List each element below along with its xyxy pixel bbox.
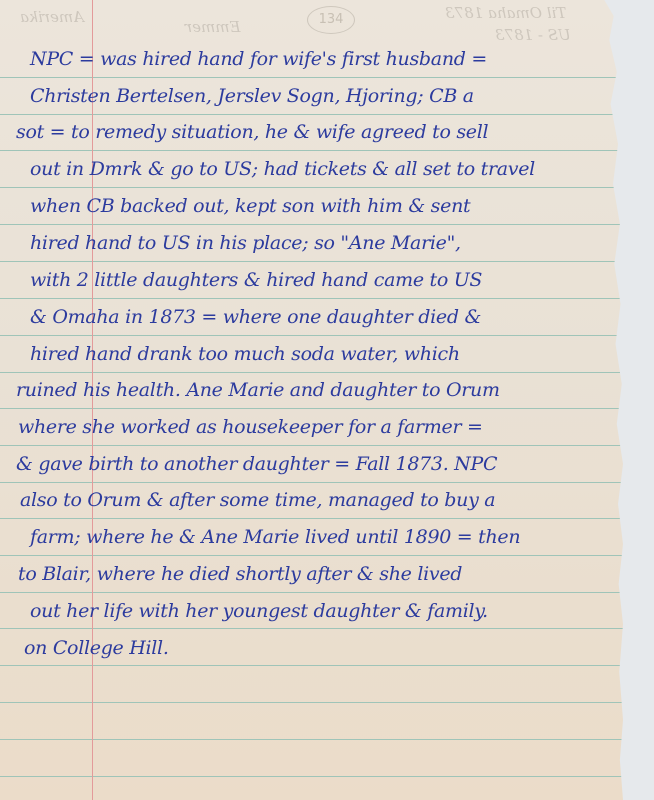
rule-line	[0, 298, 623, 299]
handwritten-line: NPC = was hired hand for wife's first hu…	[30, 48, 487, 70]
handwritten-line: hired hand drank too much soda water, wh…	[30, 343, 460, 365]
rule-line	[0, 518, 623, 519]
rule-line	[0, 224, 623, 225]
handwritten-line: hired hand to US in his place; so "Ane M…	[30, 232, 461, 254]
rule-line	[0, 702, 623, 703]
rule-line	[0, 187, 623, 188]
bleed-through-text: Emmer	[185, 18, 240, 36]
handwritten-line: when CB backed out, kept son with him & …	[30, 195, 470, 217]
handwritten-line: out in Dmrk & go to US; had tickets & al…	[30, 158, 535, 180]
handwritten-line: & gave birth to another daughter = Fall …	[16, 453, 497, 475]
rule-line	[0, 665, 623, 666]
rule-line	[0, 372, 623, 373]
handwritten-line: where she worked as housekeeper for a fa…	[18, 416, 483, 438]
rule-line	[0, 776, 623, 777]
rule-line	[0, 628, 623, 629]
rule-line	[0, 114, 623, 115]
handwritten-line: & Omaha in 1873 = where one daughter die…	[30, 306, 481, 328]
handwritten-line: out her life with her youngest daughter …	[30, 600, 488, 622]
bleed-through-text: Til Omaha 1873	[445, 4, 566, 22]
rule-line	[0, 445, 623, 446]
rule-line	[0, 77, 623, 78]
handwritten-line: sot = to remedy situation, he & wife agr…	[16, 121, 488, 143]
rule-line	[0, 150, 623, 151]
handwritten-line: ruined his health. Ane Marie and daughte…	[16, 379, 500, 401]
rule-line	[0, 408, 623, 409]
handwritten-line: also to Orum & after some time, managed …	[20, 489, 495, 511]
handwritten-line: farm; where he & Ane Marie lived until 1…	[30, 526, 520, 548]
bleed-through-text: US - 1873	[495, 26, 571, 44]
bleed-through-text: Amerika	[20, 8, 84, 26]
handwritten-line: to Blair, where he died shortly after & …	[18, 563, 462, 585]
page-number-stamp: 134	[307, 6, 355, 34]
rule-line	[0, 261, 623, 262]
handwritten-line: Christen Bertelsen, Jerslev Sogn, Hjorin…	[30, 85, 474, 107]
rule-line	[0, 739, 623, 740]
rule-line	[0, 335, 623, 336]
handwritten-line: on College Hill.	[24, 637, 169, 659]
rule-line	[0, 592, 623, 593]
rule-line	[0, 482, 623, 483]
handwritten-line: with 2 little daughters & hired hand cam…	[30, 269, 482, 291]
notebook-page: Amerika Emmer 134 Til Omaha 1873 US - 18…	[0, 0, 623, 800]
rule-line	[0, 555, 623, 556]
